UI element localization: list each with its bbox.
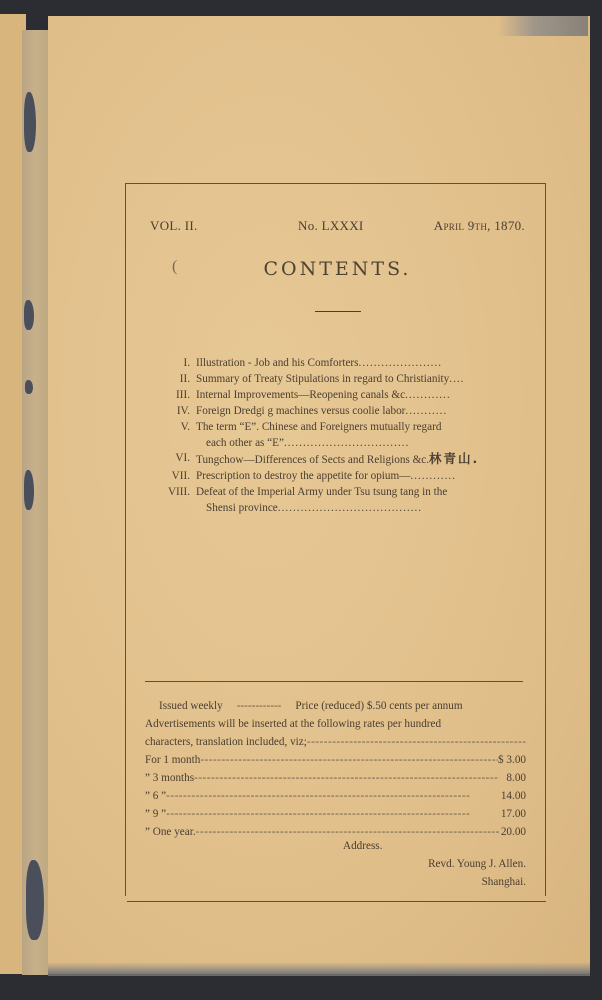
rate-row: ” 3 months -----------------------------…: [145, 769, 526, 787]
masthead: VOL. II. No. LXXXI April 9th, 1870.: [150, 218, 525, 236]
toc-entry: I. Illustration - Job and his Comforters…: [150, 356, 523, 372]
toc-entry: VIII. Defeat of the Imperial Army under …: [150, 485, 523, 517]
toc-title: Tungchow—Differences of Sects and Religi…: [196, 454, 429, 466]
toc-title-continued: Shensi province: [206, 502, 278, 514]
rate-value: 20.00: [501, 823, 526, 841]
leader-dots: ......................................: [278, 502, 422, 514]
rate-row: For 1 month ----------------------------…: [145, 751, 526, 769]
toc-entry: III. Internal Improvements—Reopening can…: [150, 388, 523, 404]
toc-number: VIII.: [150, 485, 196, 517]
section-divider: [145, 681, 523, 682]
leader-dashes: ------------: [223, 697, 282, 715]
toc-number: II.: [150, 372, 196, 388]
toc-number: I.: [150, 356, 196, 372]
frame-bottom-rule: [127, 901, 546, 902]
binding-tear: [24, 300, 34, 330]
top-edge-stain: [498, 16, 588, 36]
leader-dashes: ----------------------------------------…: [307, 733, 526, 751]
leader-dashes: ----------------------------------------…: [166, 805, 501, 823]
rate-row: ” 6 ” ----------------------------------…: [145, 787, 526, 805]
title-rule: [315, 311, 361, 312]
leader-dashes: ----------------------------------------…: [166, 787, 501, 805]
leader-dots: ............: [410, 470, 456, 482]
address-city: Shanghai.: [482, 876, 526, 888]
chinese-characters: 林青山.: [429, 451, 479, 466]
issue-price-line: Issued weekly ------------ Price (reduce…: [145, 697, 526, 715]
rate-label: ” 6 ”: [145, 787, 166, 805]
toc-number: VII.: [150, 469, 196, 485]
viz-line: characters, translation included, viz; -…: [145, 733, 526, 751]
binding-tear: [24, 470, 34, 510]
rate-row: ” One year. ----------------------------…: [145, 823, 526, 841]
rate-row: ” 9 ” ----------------------------------…: [145, 805, 526, 823]
toc-entry: VII. Prescription to destroy the appetit…: [150, 469, 523, 485]
rate-label: ” 3 months: [145, 769, 194, 787]
issue-date: April 9th, 1870.: [434, 218, 525, 234]
volume-label: VOL. II.: [150, 218, 198, 234]
rate-value: 8.00: [506, 769, 526, 787]
price-text: Price (reduced) $.50 cents per annum: [281, 697, 462, 715]
issued-weekly-text: Issued weekly: [145, 697, 223, 715]
toc-title: The term “E”. Chinese and Foreigners mut…: [196, 421, 441, 433]
toc-number: IV.: [150, 404, 196, 420]
binding-tear: [25, 380, 33, 394]
leader-dashes: ----------------------------------------…: [200, 751, 498, 769]
bottom-edge-tear: [48, 962, 590, 976]
advertisement-text: Advertisements will be inserted at the f…: [145, 715, 526, 733]
leader-dots: ....: [449, 373, 464, 385]
leader-dashes: ----------------------------------------…: [194, 769, 506, 787]
address-label: Address.: [343, 840, 382, 852]
rate-label: ” One year.: [145, 823, 196, 841]
leader-dots: ............: [405, 389, 451, 401]
table-of-contents: I. Illustration - Job and his Comforters…: [150, 356, 523, 517]
toc-entry: II. Summary of Treaty Stipulations in re…: [150, 372, 523, 388]
subscription-info: Issued weekly ------------ Price (reduce…: [145, 697, 526, 841]
toc-entry: VI. Tungchow—Differences of Sects and Re…: [150, 451, 523, 469]
toc-title: Illustration - Job and his Comforters: [196, 357, 359, 369]
rate-value: $ 3.00: [498, 751, 526, 769]
toc-title: Internal Improvements—Reopening canals &…: [196, 389, 405, 401]
toc-number: V.: [150, 420, 196, 452]
address-name: Revd. Young J. Allen.: [428, 858, 526, 870]
toc-entry: V. The term “E”. Chinese and Foreigners …: [150, 420, 523, 452]
toc-title: Summary of Treaty Stipulations in regard…: [196, 373, 449, 385]
toc-entry: IV. Foreign Dredgi g machines versus coo…: [150, 404, 523, 420]
toc-title-continued: each other as “E”: [206, 437, 284, 449]
leader-dots: .................................: [284, 437, 409, 449]
issue-number: No. LXXXI: [298, 218, 364, 234]
contents-heading: CONTENTS.: [150, 258, 525, 280]
leader-dashes: ----------------------------------------…: [196, 823, 501, 841]
toc-number: III.: [150, 388, 196, 404]
translation-text: characters, translation included, viz;: [145, 733, 307, 751]
rate-label: ” 9 ”: [145, 805, 166, 823]
toc-title: Foreign Dredgi g machines versus coolie …: [196, 405, 405, 417]
rate-value: 14.00: [501, 787, 526, 805]
toc-title: Prescription to destroy the appetite for…: [196, 470, 410, 482]
rate-label: For 1 month: [145, 751, 200, 769]
toc-title: Defeat of the Imperial Army under Tsu ts…: [196, 486, 447, 498]
leader-dots: ...........: [405, 405, 447, 417]
rate-value: 17.00: [501, 805, 526, 823]
toc-number: VI.: [150, 451, 196, 469]
leader-dots: ......................: [359, 357, 443, 369]
